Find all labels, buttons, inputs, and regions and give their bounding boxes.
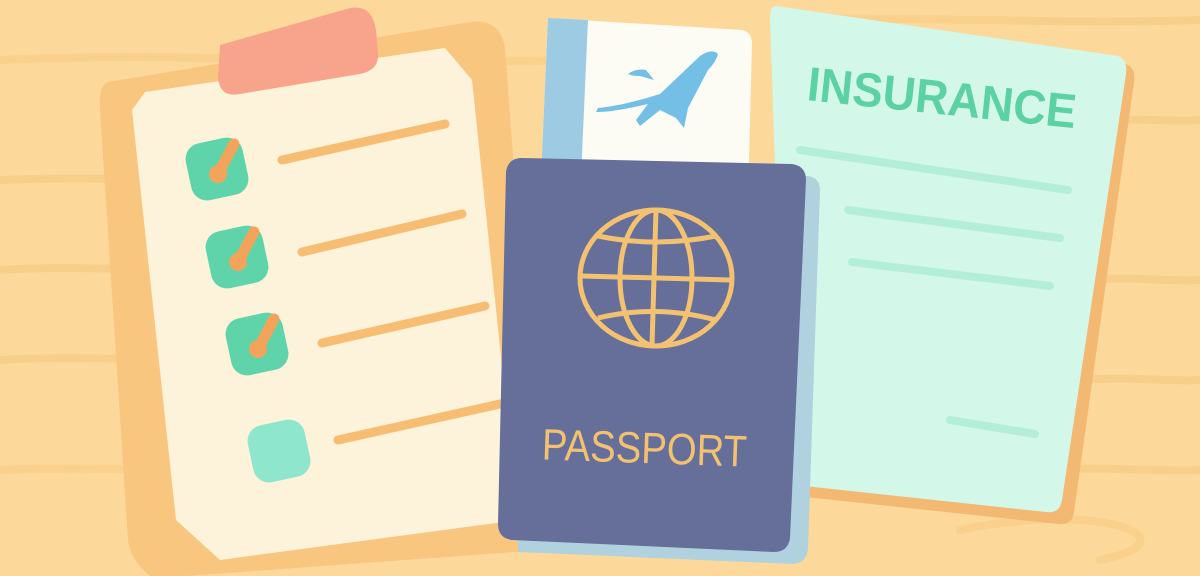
checklist-paper (132, 48, 518, 560)
passport-title: PASSPORT (541, 420, 748, 476)
insurance-document: INSURANCE (770, 6, 1134, 524)
travel-documents-illustration: INSURANCE PASSPORT (0, 0, 1200, 576)
passport-cover (498, 158, 806, 552)
passport: PASSPORT (498, 158, 820, 564)
checklist-clipboard (100, 7, 540, 576)
